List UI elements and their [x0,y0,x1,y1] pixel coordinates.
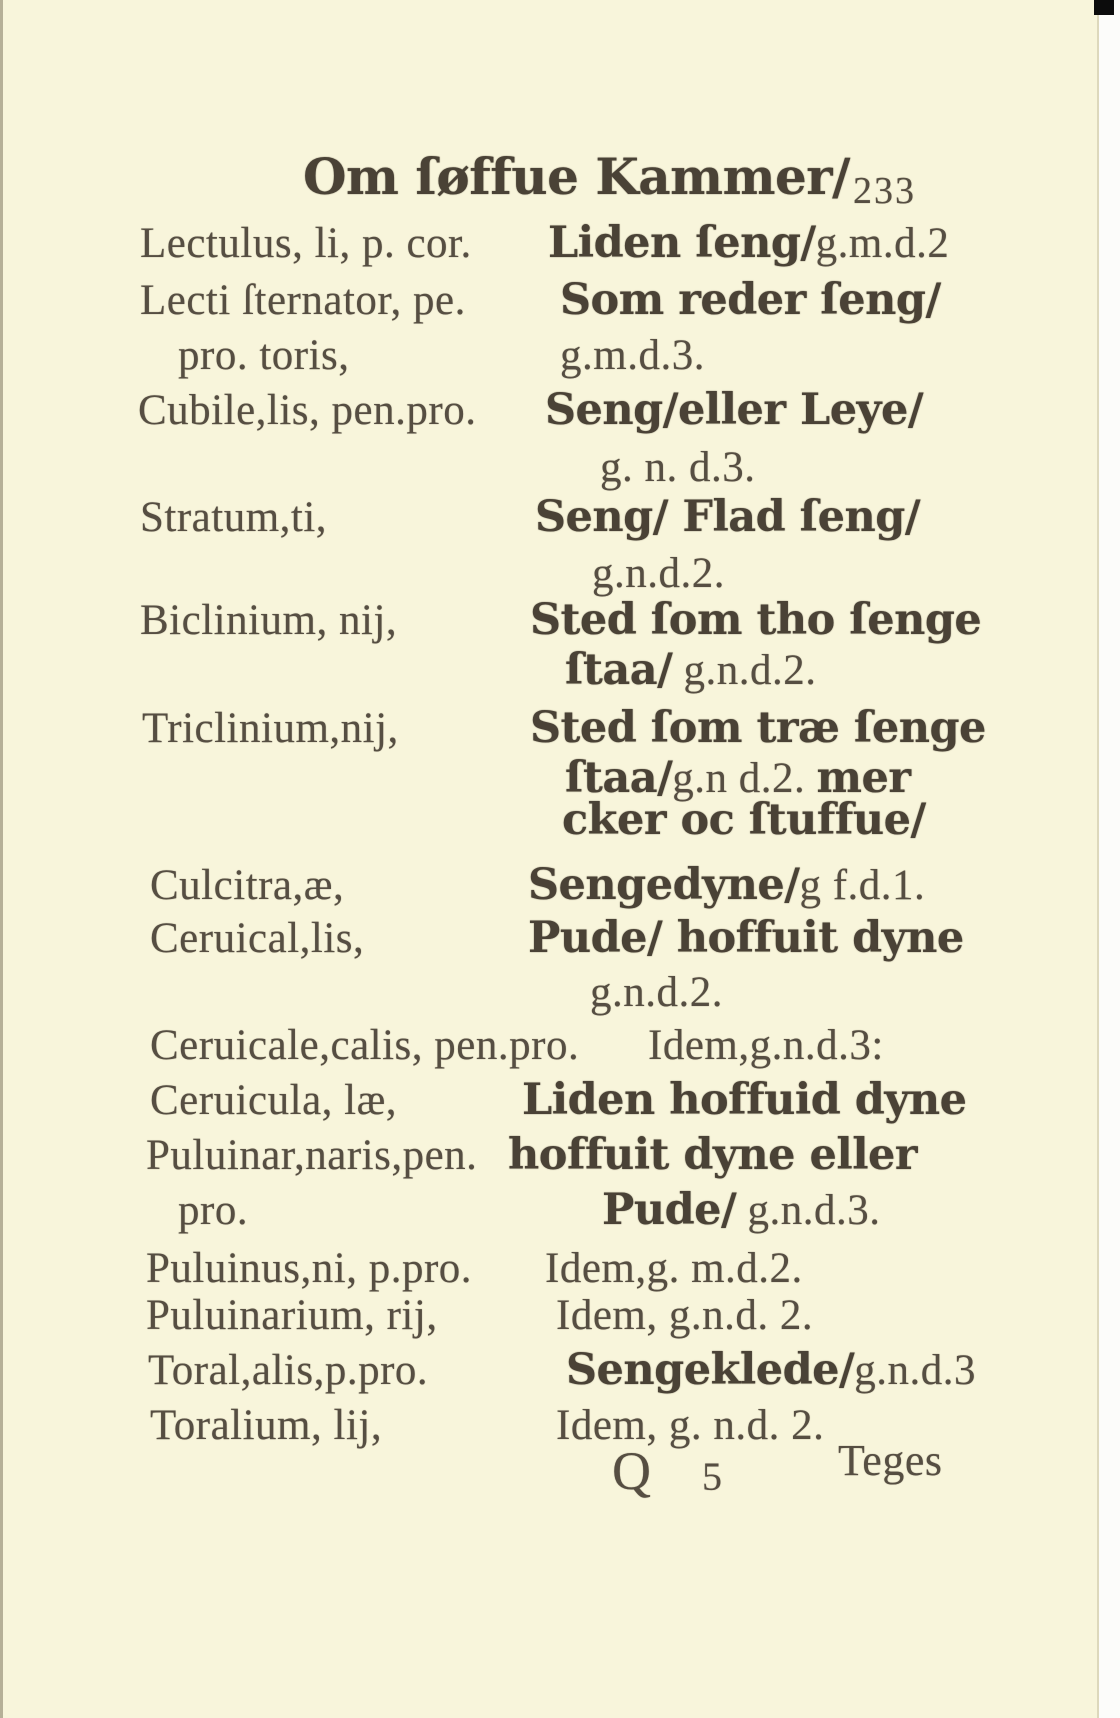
danish-text: Pude/ hoffuit dyne [528,913,964,963]
entry-line: Ceruical,lis, Pude/ hoffuit dyne [0,914,1097,972]
entry-line: Culcitra,æ, Sengedyne/g f.d.1. [0,861,1097,919]
danish-gloss: ſtaa/ g.n.d.2. [565,646,817,695]
entry-line: Cubile,lis, pen.pro. Seng/eller Leye/ [0,386,1097,444]
grammar-tag: g.m.d.3. [560,332,705,379]
latin-term: Ceruicale,calis, pen.pro. [150,1021,579,1070]
entry-line: Puluinar,naris,pen. hoffuit dyne eller [0,1131,1097,1189]
latin-term: Cubile,lis, pen.pro. [138,386,476,435]
danish-text: Seng/ Flad ſeng/ [535,492,920,542]
danish-text: Liden ſeng/ [548,218,816,268]
danish-text: Seng/eller Leye/ [545,385,923,435]
danish-gloss: g.n.d.2. [592,549,725,598]
danish-text: Som reder ſeng/ [560,275,941,325]
danish-gloss: Liden ſeng/g.m.d.2 [548,219,949,268]
grammar-tag: g. n. d.3. [600,444,756,491]
danish-gloss: Sted ſom tho ſenge [530,596,981,645]
danish-gloss: Idem,g.n.d.3: [648,1021,884,1070]
book-page: Om ſøffue Kammer/ 233 Lectulus, li, p. c… [0,0,1099,1718]
entry-line: Ceruicula, læ, Liden hoffuid dyne [0,1076,1097,1134]
latin-term: Triclinium,nij, [142,704,399,753]
grammar-tag: Idem,g.n.d.3: [648,1022,884,1069]
danish-gloss: Pude/ hoffuit dyne [528,914,964,963]
danish-gloss: Sengedyne/g f.d.1. [528,861,925,910]
danish-gloss: Liden hoffuid dyne [522,1076,966,1125]
latin-term: pro. toris, [178,331,350,380]
footer-line: Q 5 Teges [0,1436,1097,1494]
signature-mark: Q [612,1440,652,1502]
latin-term: Ceruicula, læ, [150,1076,397,1125]
danish-text: Sengeklede/ [566,1345,854,1395]
latin-term: Lecti ſternator, pe. [140,276,466,325]
latin-term: Toral,alis,p.pro. [148,1346,428,1395]
danish-gloss: Sted ſom træ ſenge [530,704,986,753]
grammar-tag: g.n.d.2. [672,647,816,694]
latin-term: Biclinium, nij, [140,596,397,645]
danish-text: cker oc ſtuffue/ [562,795,926,845]
danish-text: Liden hoffuid dyne [522,1075,966,1125]
entry-line: Ceruicale,calis, pen.pro. Idem,g.n.d.3: [0,1021,1097,1079]
danish-text: Sted ſom træ ſenge [530,703,986,753]
signature-leaf-number: 5 [702,1454,723,1500]
danish-gloss: g.m.d.3. [560,331,705,380]
latin-term: pro. [178,1186,248,1235]
entry-line: pro. toris, g.m.d.3. [0,331,1097,389]
grammar-tag: g f.d.1. [799,862,925,909]
entry-line: Puluinarium, rij, Idem, g.n.d. 2. [0,1291,1097,1349]
grammar-tag: g.n.d.3. [736,1187,880,1234]
running-header: Om ſøffue Kammer/ [303,148,850,206]
latin-term: Lectulus, li, p. cor. [140,219,472,268]
danish-gloss: cker oc ſtuffue/ [562,796,926,845]
danish-gloss: Som reder ſeng/ [560,276,941,325]
entry-line: ſtaa/ g.n.d.2. [0,646,1097,704]
entry-line: cker oc ſtuffue/ [0,796,1097,854]
entry-line: Lectulus, li, p. cor. Liden ſeng/g.m.d.2 [0,219,1097,277]
danish-gloss: Idem, g.n.d. 2. [556,1291,813,1340]
danish-text: ſtaa/ [565,645,672,695]
entry-line: Toral,alis,p.pro. Sengeklede/g.n.d.3 [0,1346,1097,1404]
latin-term: Ceruical,lis, [150,914,364,963]
catchword: Teges [838,1436,943,1487]
grammar-tag: g.m.d.2 [816,220,950,267]
running-header-line: Om ſøffue Kammer/ 233 [0,148,1097,206]
entry-line: Stratum,ti, Seng/ Flad ſeng/ [0,493,1097,551]
grammar-tag: g.n.d.2. [592,550,725,597]
danish-gloss: Seng/ Flad ſeng/ [535,493,920,542]
scan-corner-mark [1094,0,1114,15]
danish-text: hoffuit dyne eller [508,1130,917,1180]
grammar-tag: Idem,g. m.d.2. [545,1245,803,1292]
danish-gloss: g. n. d.3. [600,443,756,492]
latin-term: Culcitra,æ, [150,861,344,910]
entry-line: Lecti ſternator, pe. Som reder ſeng/ [0,276,1097,334]
danish-gloss: Seng/eller Leye/ [545,386,923,435]
danish-text: Pude/ [602,1185,736,1235]
latin-term: Puluinus,ni, p.pro. [146,1244,472,1293]
grammar-tag: g.n.d.3 [854,1347,976,1394]
danish-text: Sted ſom tho ſenge [530,595,981,645]
danish-gloss: hoffuit dyne eller [508,1131,917,1180]
danish-gloss: Sengeklede/g.n.d.3 [566,1346,976,1395]
latin-term: Stratum,ti, [140,493,327,542]
danish-gloss: Pude/ g.n.d.3. [602,1186,880,1235]
grammar-tag: g.n.d.2. [590,969,723,1016]
page-number: 233 [853,170,916,214]
latin-term: Puluinarium, rij, [146,1291,438,1340]
entry-line: pro. Pude/ g.n.d.3. [0,1186,1097,1244]
grammar-tag: Idem, g.n.d. 2. [556,1292,813,1339]
latin-term: Puluinar,naris,pen. [146,1131,477,1180]
danish-gloss: g.n.d.2. [590,968,723,1017]
danish-text: Sengedyne/ [528,860,799,910]
danish-gloss: Idem,g. m.d.2. [545,1244,803,1293]
entry-line: g.n.d.2. [0,968,1097,1026]
